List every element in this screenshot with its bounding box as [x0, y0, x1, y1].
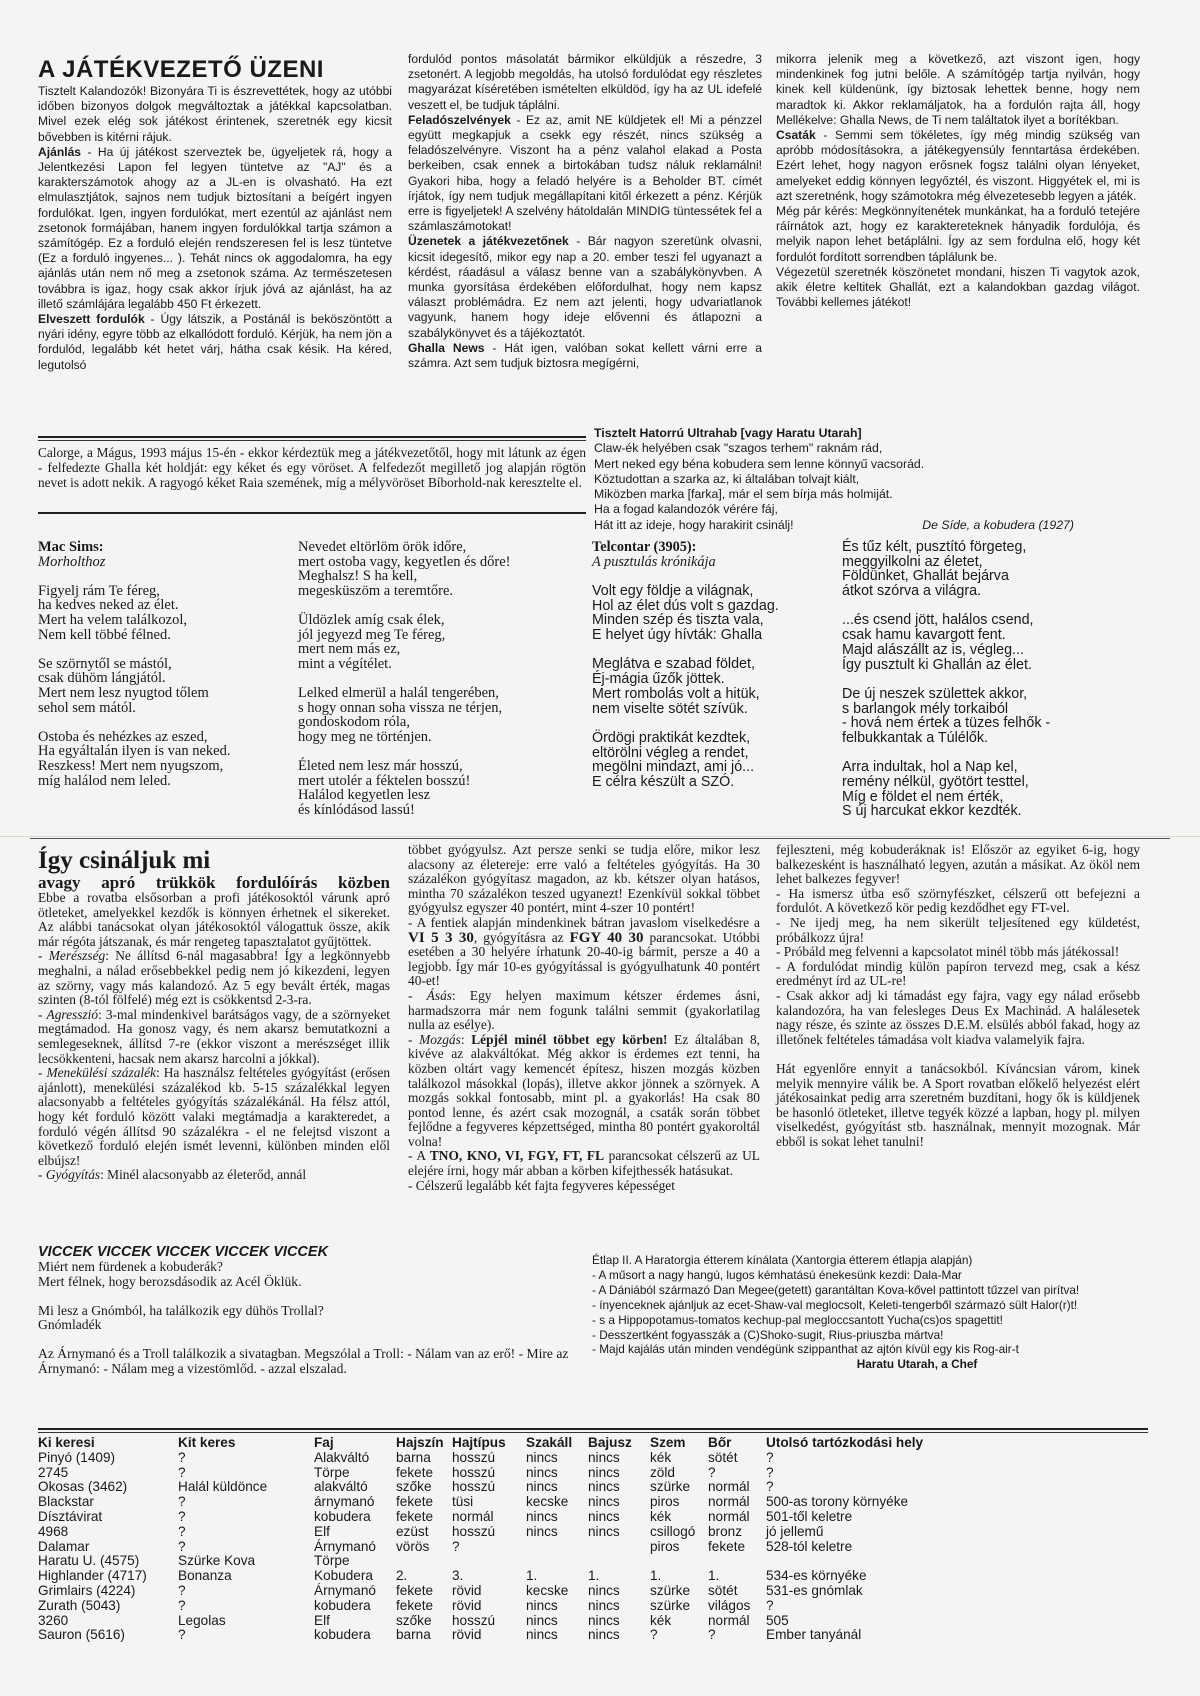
table-cell: ?: [178, 1525, 314, 1540]
icm-tip: - Próbáld meg felvenni a kapcsolatot min…: [776, 945, 1140, 960]
jv-section-uzenetek: Üzenetek a játékvezetőnek - Bár nagyon s…: [408, 234, 762, 340]
table-cell: Blackstar: [38, 1495, 178, 1510]
table-cell: ?: [708, 1628, 766, 1643]
poem-line: Ha a fogad kalandozók vérére fáj,: [594, 502, 1074, 517]
table-cell: sötét: [708, 1584, 766, 1599]
table-cell: nincs: [588, 1480, 650, 1495]
table-cell: szürke: [650, 1599, 708, 1614]
table-cell: ?: [178, 1628, 314, 1643]
table-row: 3260LegolasElfszőkehosszúnincsnincskékno…: [38, 1614, 1148, 1629]
table-row: Dísztávirat?kobuderafeketenormálnincsnin…: [38, 1510, 1148, 1525]
joke: Mi lesz a Gnómból, ha találkozik egy düh…: [38, 1304, 578, 1333]
divider: [38, 440, 586, 441]
table-cell: [588, 1540, 650, 1555]
table-cell: Dísztávirat: [38, 1510, 178, 1525]
haratu-poem: Tisztelt Hatorrú Ultrahab [vagy Haratu U…: [594, 426, 1074, 533]
jv-title: A JÁTÉKVEZETŐ ÜZENI: [38, 56, 392, 84]
table-cell: nincs: [588, 1451, 650, 1466]
jv-paragraph: Még pár kérés: Megkönnyítenétek munkánka…: [776, 204, 1140, 265]
table-cell: 501-től keletre: [766, 1510, 1146, 1525]
table-cell: nincs: [588, 1584, 650, 1599]
icm-title: Így csináljuk mi: [38, 848, 390, 874]
table-cell: árnymanó: [314, 1495, 396, 1510]
table-cell: ezüst: [396, 1525, 452, 1540]
table-row: Zurath (5043)?kobuderafeketerövidnincsni…: [38, 1599, 1148, 1614]
table-cell: kék: [650, 1614, 708, 1629]
divider: [38, 436, 586, 438]
table-cell: 2745: [38, 1466, 178, 1481]
jv-column-2: fordulód pontos másolatát bármikor elkül…: [408, 52, 762, 371]
table-cell: ?: [766, 1451, 1146, 1466]
table-cell: fekete: [396, 1495, 452, 1510]
jv-section-ghalla-news: Ghalla News - Hát igen, valóban sokat ke…: [408, 341, 762, 371]
icm-column-1: Így csináljuk mi avagy apró trükkök ford…: [38, 848, 390, 1183]
table-cell: nincs: [526, 1480, 588, 1495]
poem-author: Mac Sims:: [38, 540, 288, 555]
table-cell: bronz: [708, 1525, 766, 1540]
poem-line: Mert neked egy béna kobudera sem lenne k…: [594, 457, 1074, 472]
icm-tip: - Célszerű legalább két fajta fegyveres …: [408, 1179, 760, 1194]
divider: [38, 1432, 1148, 1433]
table-cell: fekete: [396, 1466, 452, 1481]
menu-title: Étlap II. A Haratorgia étterem kínálata …: [592, 1253, 1132, 1268]
table-cell: Okosas (3462): [38, 1480, 178, 1495]
jv-paragraph: mikorra jelenik meg a következő, azt vis…: [776, 52, 1140, 128]
table-header: Ki keresi Kit keres Faj Hajszín Hajtípus…: [38, 1436, 1148, 1451]
jv-section-elveszett: Elveszett fordulók - Úgy látszik, a Post…: [38, 312, 392, 373]
table-row: Highlander (4717)BonanzaKobudera2.3.1.1.…: [38, 1569, 1148, 1584]
jv-intro: Tisztelt Kalandozók! Bizonyára Ti is ész…: [38, 84, 392, 145]
table-cell: nincs: [588, 1466, 650, 1481]
table-cell: ?: [178, 1540, 314, 1555]
table-cell: 534-es környéke: [766, 1569, 1146, 1584]
table-cell: vörös: [396, 1540, 452, 1555]
table-cell: 3.: [452, 1569, 526, 1584]
table-cell: Grimlairs (4224): [38, 1584, 178, 1599]
poem-stanza: Ördögi praktikát kezdtek, eltörölni végl…: [592, 731, 852, 790]
menu-item: - ínyenceknek ajánljuk az ecet-Shaw-val …: [592, 1298, 1132, 1313]
table-cell: Zurath (5043): [38, 1599, 178, 1614]
table-cell: 4968: [38, 1525, 178, 1540]
joke: Az Árnymanó és a Troll találkozik a siva…: [38, 1347, 578, 1376]
table-cell: ?: [766, 1599, 1146, 1614]
poem-stanza: Lelked elmerül a halál tengerében, s hog…: [298, 686, 588, 744]
table-body: Pinyó (1409)?Alakváltóbarnahosszúnincsni…: [38, 1451, 1148, 1643]
joke: Miért nem fürdenek a kobuderák? Mert fél…: [38, 1260, 578, 1289]
table-cell: szürke: [650, 1480, 708, 1495]
table-cell: Kobudera: [314, 1569, 396, 1584]
table-cell: 505: [766, 1614, 1146, 1629]
jokes-title: VICCEK VICCEK VICCEK VICCEK VICCEK: [38, 1244, 578, 1260]
divider: [30, 838, 1170, 839]
menu-item: - s a Hippopotamus-tomatos kechup-pal me…: [592, 1313, 1132, 1328]
table-cell: nincs: [526, 1466, 588, 1481]
table-cell: Árnymanó: [314, 1584, 396, 1599]
table-row: Okosas (3462)Halál küldöncealakváltószők…: [38, 1480, 1148, 1495]
table-cell: nincs: [526, 1510, 588, 1525]
table-cell: nincs: [588, 1525, 650, 1540]
poem-stanza: Üldözlek amíg csak élek, jól jegyezd meg…: [298, 613, 588, 671]
macsims-poem-right: Nevedet eltörlöm örök időre, mert ostoba…: [298, 540, 588, 832]
poem-stanza: Életed nem lesz már hosszú, mert utolér …: [298, 759, 588, 817]
table-cell: ?: [708, 1466, 766, 1481]
table-cell: kobudera: [314, 1599, 396, 1614]
icm-tip: - Merészség: Ne állítsd 6-nál magasabbra…: [38, 949, 390, 1007]
table-cell: Halál küldönce: [178, 1480, 314, 1495]
table-cell: fekete: [396, 1599, 452, 1614]
table-cell: Törpe: [314, 1554, 396, 1569]
table-cell: kobudera: [314, 1628, 396, 1643]
poem-stanza: ...és csend jött, halálos csend, csak ha…: [842, 613, 1142, 672]
icm-column-2: többet gyógyulsz. Azt persze senki se tu…: [408, 843, 760, 1193]
icm-tip: - Mozgás: Lépjél minél többet egy körben…: [408, 1033, 760, 1150]
telcontar-poem-right: És tűz kélt, pusztító förgeteg, meggyilk…: [842, 540, 1142, 834]
telcontar-poem-left: Telcontar (3905): A pusztulás krónikája …: [592, 540, 852, 804]
table-cell: jó jellemű: [766, 1525, 1146, 1540]
icm-paragraph: fejleszteni, még kobuderáknak is! Előszö…: [776, 843, 1140, 887]
table-cell: 1.: [526, 1569, 588, 1584]
table-cell: barna: [396, 1628, 452, 1643]
icm-tip: - Ne ijedj meg, ha nem sikerült teljesít…: [776, 916, 1140, 945]
table-cell: nincs: [588, 1510, 650, 1525]
jv-heading: Csaták: [776, 128, 816, 142]
table-cell: normál: [452, 1510, 526, 1525]
table-row: Blackstar?árnymanófeketetüsikecskenincsp…: [38, 1495, 1148, 1510]
table-cell: fekete: [708, 1540, 766, 1555]
table-cell: nincs: [526, 1628, 588, 1643]
table-row: Haratu U. (4575)Szürke KovaTörpe: [38, 1554, 1148, 1569]
table-cell: fekete: [396, 1510, 452, 1525]
wanted-table: Ki keresi Kit keres Faj Hajszín Hajtípus…: [38, 1436, 1148, 1643]
table-cell: 1.: [708, 1569, 766, 1584]
table-cell: kék: [650, 1510, 708, 1525]
table-cell: ?: [178, 1466, 314, 1481]
jv-heading: Ghalla News: [408, 341, 484, 355]
table-cell: [708, 1554, 766, 1569]
poem-title: Morholthoz: [38, 555, 288, 570]
table-cell: fekete: [396, 1584, 452, 1599]
table-cell: nincs: [526, 1614, 588, 1629]
table-cell: piros: [650, 1540, 708, 1555]
jokes-section: VICCEK VICCEK VICCEK VICCEK VICCEK Miért…: [38, 1244, 578, 1376]
poem-stanza: És tűz kélt, pusztító förgeteg, meggyilk…: [842, 540, 1142, 599]
table-cell: Sauron (5616): [38, 1628, 178, 1643]
icm-paragraph: többet gyógyulsz. Azt persze senki se tu…: [408, 843, 760, 916]
divider: [38, 512, 586, 514]
jv-section-ajanlas: Ajánlás - Ha új játékost szerveztek be, …: [38, 145, 392, 312]
jv-section-csatak: Csaták - Semmi sem tökéletes, így még mi…: [776, 128, 1140, 204]
table-cell: Alakváltó: [314, 1451, 396, 1466]
icm-tip: - A fentiek alapján mindenkinek bátran j…: [408, 916, 760, 989]
table-row: Grimlairs (4224)?Árnymanófeketerövidkecs…: [38, 1584, 1148, 1599]
poem-stanza: Volt egy földje a világnak, Hol az élet …: [592, 584, 852, 643]
icm-tip: - Menekülési százalék: Ha használsz felt…: [38, 1066, 390, 1168]
table-cell: kobudera: [314, 1510, 396, 1525]
poem-line: Köztudottan a szarka az, ki általában to…: [594, 472, 1074, 487]
icm-tip: - Ásás: Egy helyen maximum kétszer érdem…: [408, 989, 760, 1033]
table-row: Pinyó (1409)?Alakváltóbarnahosszúnincsni…: [38, 1451, 1148, 1466]
table-cell: zöld: [650, 1466, 708, 1481]
table-cell: Árnymanó: [314, 1540, 396, 1555]
table-cell: ?: [178, 1451, 314, 1466]
table-cell: nincs: [526, 1599, 588, 1614]
table-cell: ?: [766, 1466, 1146, 1481]
table-cell: nincs: [588, 1628, 650, 1643]
table-cell: nincs: [588, 1614, 650, 1629]
icm-tip: - Gyógyítás: Minél alacsonyabb az életer…: [38, 1168, 390, 1183]
icm-intro: Ebbe a rovatba elsősorban a profi játéko…: [38, 891, 390, 949]
table-cell: hosszú: [452, 1614, 526, 1629]
jv-paragraph: Végezetül szeretnék köszönetet mondani, …: [776, 265, 1140, 311]
poem-title: A pusztulás krónikája: [592, 555, 852, 570]
table-cell: ?: [178, 1495, 314, 1510]
table-cell: nincs: [588, 1495, 650, 1510]
table-row: Dalamar?Árnymanóvörös?pirosfekete528-tól…: [38, 1540, 1148, 1555]
table-cell: 1.: [588, 1569, 650, 1584]
table-cell: [650, 1554, 708, 1569]
table-cell: [526, 1540, 588, 1555]
icm-closing: Hát egyenlőre ennyit a tanácsokból. Kívá…: [776, 1062, 1140, 1150]
poem-signature: De Síde, a kobudera (1927): [922, 518, 1074, 533]
jv-heading: Elveszett fordulók: [38, 312, 145, 326]
table-cell: 531-es gnómlak: [766, 1584, 1146, 1599]
table-cell: Elf: [314, 1614, 396, 1629]
table-cell: [526, 1554, 588, 1569]
table-cell: alakváltó: [314, 1480, 396, 1495]
table-cell: [588, 1554, 650, 1569]
table-cell: kecske: [526, 1584, 588, 1599]
poem-line: Miközben marka [farka], már el sem bírja…: [594, 487, 1074, 502]
table-cell: Legolas: [178, 1614, 314, 1629]
table-cell: ?: [178, 1510, 314, 1525]
table-cell: 528-tól keletre: [766, 1540, 1146, 1555]
poem-line: Claw-ék helyében csak "szagos terhem" ra…: [594, 441, 1074, 456]
jv-section-feladoszelvenyek: Feladószelvények - Ez az, amit NE küldje…: [408, 113, 762, 235]
icm-column-3: fejleszteni, még kobuderáknak is! Előszö…: [776, 843, 1140, 1149]
table-cell: hosszú: [452, 1480, 526, 1495]
jv-heading: Üzenetek a játékvezetőnek: [408, 234, 569, 248]
table-cell: piros: [650, 1495, 708, 1510]
icm-tip: - Ha ismersz útba eső szörnyfészket, cél…: [776, 887, 1140, 916]
table-cell: normál: [708, 1510, 766, 1525]
table-cell: Szürke Kova: [178, 1554, 314, 1569]
jv-heading: Feladószelvények: [408, 113, 511, 127]
icm-tip: - A fordulódat mindig külön papíron terv…: [776, 960, 1140, 989]
icm-tip: - A TNO, KNO, VI, FGY, FT, FL parancsoka…: [408, 1149, 760, 1178]
macsims-poem-left: Mac Sims: Morholthoz Figyelj rám Te fére…: [38, 540, 288, 803]
table-cell: 3260: [38, 1614, 178, 1629]
table-cell: Haratu U. (4575): [38, 1554, 178, 1569]
table-cell: szőke: [396, 1614, 452, 1629]
table-cell: Törpe: [314, 1466, 396, 1481]
table-cell: szürke: [650, 1584, 708, 1599]
table-cell: sötét: [708, 1451, 766, 1466]
table-cell: ?: [178, 1599, 314, 1614]
table-cell: [396, 1554, 452, 1569]
table-cell: rövid: [452, 1584, 526, 1599]
icm-tip: - Agresszió: 3-mal mindenkivel barátságo…: [38, 1008, 390, 1066]
poem-stanza: Figyelj rám Te féreg, ha kedves neked az…: [38, 584, 288, 642]
poem-stanza: De új neszek születtek akkor, s barlango…: [842, 687, 1142, 746]
table-cell: Highlander (4717): [38, 1569, 178, 1584]
table-cell: [766, 1554, 1146, 1569]
haratu-poem-heading: Tisztelt Hatorrú Ultrahab [vagy Haratu U…: [594, 426, 1074, 441]
table-cell: kecske: [526, 1495, 588, 1510]
table-cell: Bonanza: [178, 1569, 314, 1584]
table-cell: ?: [766, 1480, 1146, 1495]
table-cell: 1.: [650, 1569, 708, 1584]
table-cell: nincs: [526, 1525, 588, 1540]
divider: [38, 1428, 1148, 1430]
table-cell: 500-as torony környéke: [766, 1495, 1146, 1510]
poem-author: Telcontar (3905):: [592, 540, 852, 555]
table-cell: hosszú: [452, 1451, 526, 1466]
menu-item: - Desszertként fogyasszák a (C)Shoko-sug…: [592, 1328, 1132, 1343]
table-cell: rövid: [452, 1628, 526, 1643]
icm-tip: - Csak akkor adj ki támadást egy fajra, …: [776, 989, 1140, 1047]
table-cell: világos: [708, 1599, 766, 1614]
menu-section: Étlap II. A Haratorgia étterem kínálata …: [592, 1253, 1132, 1372]
table-cell: kék: [650, 1451, 708, 1466]
table-cell: hosszú: [452, 1466, 526, 1481]
poem-stanza: Se szörnytől se mástól, csak dühöm lángj…: [38, 657, 288, 715]
table-cell: ?: [650, 1628, 708, 1643]
table-cell: nincs: [526, 1451, 588, 1466]
menu-item: - Majd kajálás után minden vendégünk szi…: [592, 1342, 1132, 1357]
table-row: Sauron (5616)?kobuderabarnarövidnincsnin…: [38, 1628, 1148, 1643]
table-cell: 2.: [396, 1569, 452, 1584]
table-cell: normál: [708, 1614, 766, 1629]
menu-signature: Haratu Utarah, a Chef: [592, 1357, 1132, 1372]
table-cell: ?: [452, 1540, 526, 1555]
table-cell: rövid: [452, 1599, 526, 1614]
table-row: 2745?Törpefeketehosszúnincsnincszöld??: [38, 1466, 1148, 1481]
poem-line: Hát itt az ideje, hogy harakirit csinálj…: [594, 518, 1074, 533]
table-row: 4968?Elfezüsthosszúnincsnincscsillogóbro…: [38, 1525, 1148, 1540]
icm-subtitle: avagy apró trükkök fordulóírás közben: [38, 874, 390, 891]
table-cell: csillogó: [650, 1525, 708, 1540]
jv-paragraph: fordulód pontos másolatát bármikor elkül…: [408, 52, 762, 113]
menu-item: - A műsort a nagy hangú, lugos kémhatású…: [592, 1268, 1132, 1283]
poem-stanza: Meglátva e szabad földet, Éj-mágia űzők …: [592, 657, 852, 716]
poem-stanza: Arra indultak, hol a Nap kel, remény nél…: [842, 760, 1142, 819]
poem-stanza: Ostoba és nehézkes az eszed, Ha egyáltal…: [38, 730, 288, 788]
table-cell: Ember tanyánál: [766, 1628, 1146, 1643]
calorge-notice: Calorge, a Mágus, 1993 május 15-én - ekk…: [38, 446, 586, 490]
table-cell: Dalamar: [38, 1540, 178, 1555]
table-cell: normál: [708, 1480, 766, 1495]
table-cell: nincs: [588, 1599, 650, 1614]
table-cell: Pinyó (1409): [38, 1451, 178, 1466]
table-cell: normál: [708, 1495, 766, 1510]
jv-heading: Ajánlás: [38, 145, 81, 159]
menu-item: - A Dániából származó Dan Megee(getett) …: [592, 1283, 1132, 1298]
table-cell: hosszú: [452, 1525, 526, 1540]
table-cell: ?: [178, 1584, 314, 1599]
jv-column-3: mikorra jelenik meg a következő, azt vis…: [776, 52, 1140, 310]
page-fold: [0, 836, 1200, 837]
table-cell: [452, 1554, 526, 1569]
poem-stanza: Nevedet eltörlöm örök időre, mert ostoba…: [298, 540, 588, 598]
table-cell: barna: [396, 1451, 452, 1466]
jv-column-1: A JÁTÉKVEZETŐ ÜZENI Tisztelt Kalandozók!…: [38, 56, 392, 373]
table-cell: Elf: [314, 1525, 396, 1540]
table-cell: szőke: [396, 1480, 452, 1495]
table-cell: tüsi: [452, 1495, 526, 1510]
